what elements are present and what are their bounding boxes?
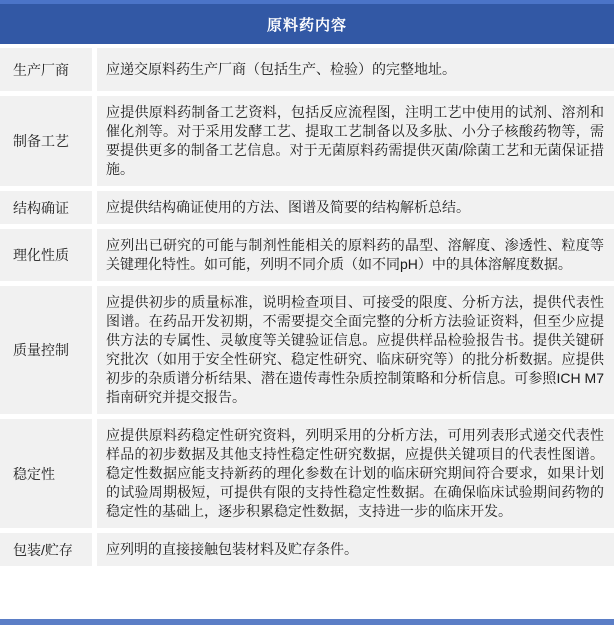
row-preparation-process: 制备工艺 应提供原料药制备工艺资料，包括反应流程图，注明工艺中使用的试剂、溶剂和… <box>0 96 614 186</box>
row-content-text: 应列明的直接接触包装材料及贮存条件。 <box>106 540 604 559</box>
row-content-text: 应递交原料药生产厂商（包括生产、检验）的完整地址。 <box>106 60 604 79</box>
row-label: 制备工艺 <box>0 96 92 186</box>
row-content-text: 应提供初步的质量标准，说明检查项目、可接受的限度、分析方法，提供代表性图谱。在药… <box>106 293 604 407</box>
row-label: 稳定性 <box>0 419 92 528</box>
row-content: 应提供原料药制备工艺资料，包括反应流程图，注明工艺中使用的试剂、溶剂和催化剂等。… <box>97 96 614 186</box>
row-label: 生产厂商 <box>0 48 92 91</box>
table-body: 生产厂商 应递交原料药生产厂商（包括生产、检验）的完整地址。 制备工艺 应提供原… <box>0 48 614 566</box>
table-title: 原料药内容 <box>267 14 347 35</box>
row-content: 应提供初步的质量标准，说明检查项目、可接受的限度、分析方法，提供代表性图谱。在药… <box>97 286 614 414</box>
row-content-text: 应提供结构确证使用的方法、图谱及简要的结构解析总结。 <box>106 198 604 217</box>
row-label: 质量控制 <box>0 286 92 414</box>
api-content-table: 原料药内容 生产厂商 应递交原料药生产厂商（包括生产、检验）的完整地址。 制备工… <box>0 0 614 626</box>
row-physicochemical-properties: 理化性质 应列出已研究的可能与制剂性能相关的原料药的晶型、溶解度、渗透性、粒度等… <box>0 229 614 281</box>
row-content-text: 应列出已研究的可能与制剂性能相关的原料药的晶型、溶解度、渗透性、粒度等关键理化特… <box>106 236 604 274</box>
row-label: 包装/贮存 <box>0 533 92 566</box>
row-stability: 稳定性 应提供原料药稳定性研究资料，列明采用的分析方法，可用列表形式递交代表性样… <box>0 419 614 528</box>
row-quality-control: 质量控制 应提供初步的质量标准，说明检查项目、可接受的限度、分析方法，提供代表性… <box>0 286 614 414</box>
row-content: 应列明的直接接触包装材料及贮存条件。 <box>97 533 614 566</box>
row-manufacturer: 生产厂商 应递交原料药生产厂商（包括生产、检验）的完整地址。 <box>0 48 614 91</box>
row-content-text: 应提供原料药制备工艺资料，包括反应流程图，注明工艺中使用的试剂、溶剂和催化剂等。… <box>106 103 604 179</box>
row-packaging-storage: 包装/贮存 应列明的直接接触包装材料及贮存条件。 <box>0 533 614 566</box>
row-content-text: 应提供原料药稳定性研究资料，列明采用的分析方法，可用列表形式递交代表性样品的初步… <box>106 426 604 521</box>
row-content: 应提供结构确证使用的方法、图谱及简要的结构解析总结。 <box>97 191 614 224</box>
row-content: 应提供原料药稳定性研究资料，列明采用的分析方法，可用列表形式递交代表性样品的初步… <box>97 419 614 528</box>
row-content: 应列出已研究的可能与制剂性能相关的原料药的晶型、溶解度、渗透性、粒度等关键理化特… <box>97 229 614 281</box>
table-header: 原料药内容 <box>0 0 614 44</box>
row-content: 应递交原料药生产厂商（包括生产、检验）的完整地址。 <box>97 48 614 91</box>
bottom-accent-bar <box>0 619 614 625</box>
row-structure-confirmation: 结构确证 应提供结构确证使用的方法、图谱及简要的结构解析总结。 <box>0 191 614 224</box>
row-label: 结构确证 <box>0 191 92 224</box>
row-label: 理化性质 <box>0 229 92 281</box>
